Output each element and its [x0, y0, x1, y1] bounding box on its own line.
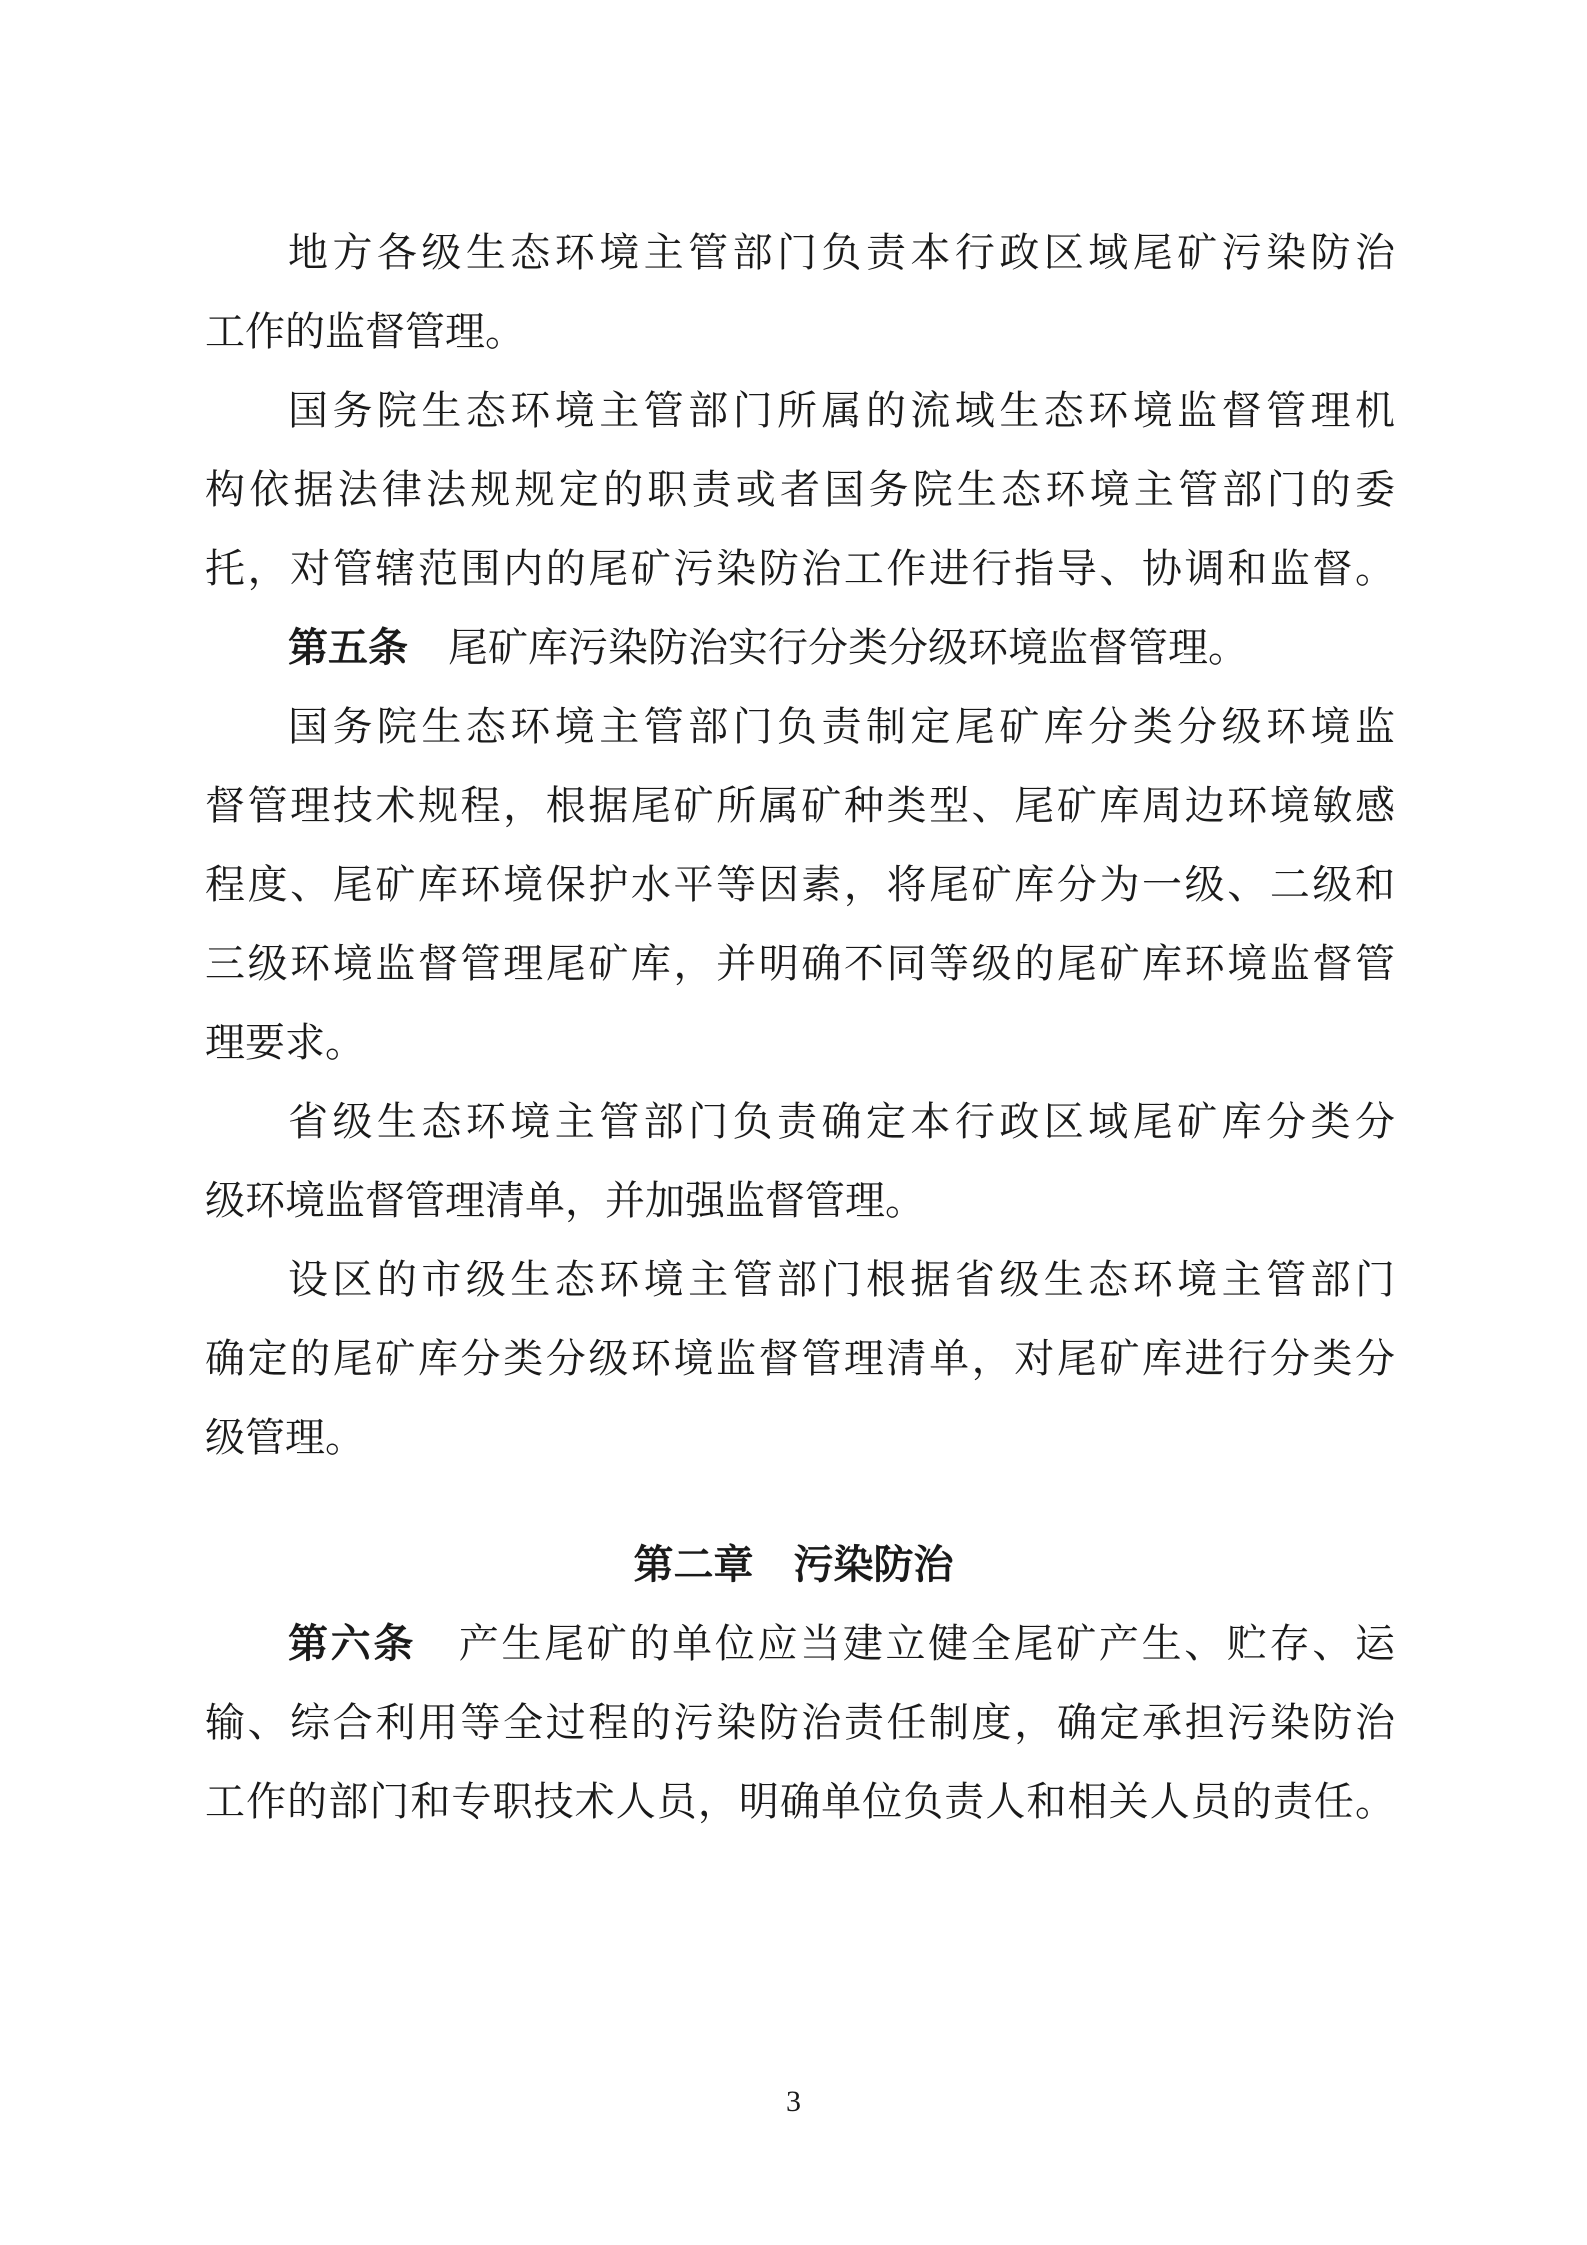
text-line: 工作的部门和专职技术人员，明确单位负责人和相关人员的责任。 — [205, 1772, 1395, 1832]
text-line: 国务院生态环境主管部门负责制定尾矿库分类分级环境监 — [288, 697, 1395, 757]
document-page: 地方各级生态环境主管部门负责本行政区域尾矿污染防治 工作的监督管理。 国务院生态… — [0, 0, 1587, 2245]
article-5-line: 第五条 尾矿库污染防治实行分类分级环境监督管理。 — [288, 618, 1395, 678]
article-label: 第五条 — [288, 625, 408, 671]
article-text: 产生尾矿的单位应当建立健全尾矿产生、贮存、运 — [459, 1621, 1395, 1667]
article-label: 第六条 — [288, 1621, 416, 1667]
text-line: 工作的监督管理。 — [205, 302, 1395, 362]
text-line: 级环境监督管理清单，并加强监督管理。 — [205, 1171, 1395, 1231]
text-line: 地方各级生态环境主管部门负责本行政区域尾矿污染防治 — [288, 223, 1395, 283]
text-line: 确定的尾矿库分类分级环境监督管理清单，对尾矿库进行分类分 — [205, 1329, 1395, 1389]
article-6-line: 第六条 产生尾矿的单位应当建立健全尾矿产生、贮存、运 — [288, 1614, 1395, 1674]
text-line: 输、综合利用等全过程的污染防治责任制度，确定承担污染防治 — [205, 1693, 1395, 1753]
text-line: 理要求。 — [205, 1013, 1395, 1073]
text-line: 省级生态环境主管部门负责确定本行政区域尾矿库分类分 — [288, 1092, 1395, 1152]
chapter-heading: 第二章 污染防治 — [0, 1535, 1587, 1595]
article-text: 尾矿库污染防治实行分类分级环境监督管理。 — [448, 625, 1248, 671]
text-line: 督管理技术规程，根据尾矿所属矿种类型、尾矿库周边环境敏感 — [205, 776, 1395, 836]
text-line: 国务院生态环境主管部门所属的流域生态环境监督管理机 — [288, 381, 1395, 441]
text-line: 设区的市级生态环境主管部门根据省级生态环境主管部门 — [288, 1250, 1395, 1310]
text-line: 三级环境监督管理尾矿库，并明确不同等级的尾矿库环境监督管 — [205, 934, 1395, 994]
text-line: 级管理。 — [205, 1408, 1395, 1468]
text-line: 程度、尾矿库环境保护水平等因素，将尾矿库分为一级、二级和 — [205, 855, 1395, 915]
page-number: 3 — [0, 2085, 1587, 2119]
text-line: 托，对管辖范围内的尾矿污染防治工作进行指导、协调和监督。 — [205, 539, 1395, 599]
text-line: 构依据法律法规规定的职责或者国务院生态环境主管部门的委 — [205, 460, 1395, 520]
